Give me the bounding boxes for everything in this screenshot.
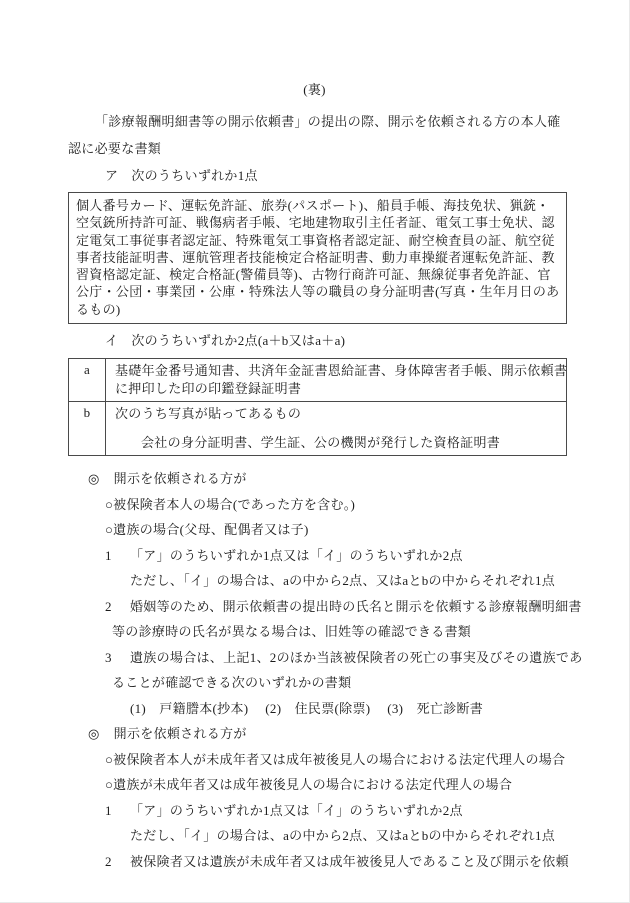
table-row-a: a 基礎年金番号通知書、共済年金証書恩給証書、身体障害者手帳、開示依頼書 に押印…	[69, 359, 567, 402]
requester-section-1: ◎開示を依頼される方が ○被保険者本人の場合(であった方を含む。) ○遺族の場合…	[0, 466, 629, 721]
document-page: (裏) 「診療報酬明細書等の開示依頼書」の提出の際、開示を依頼される方の本人確 …	[0, 0, 630, 903]
double-circle-marker: ◎	[88, 466, 100, 492]
requester-section-2: ◎開示を依頼される方が ○被保険者本人が未成年者又は成年被後見人の場合における法…	[0, 721, 629, 874]
item-number: 2	[105, 849, 130, 875]
accepted-documents-box: 個人番号カード、運転免許証、旅券(パスポート)、船員手帳、海技免状、猟銃・ 空気…	[68, 192, 567, 324]
item-note: ただし、「イ」の場合は、aの中から2点、又はaとbの中からそれぞれ1点	[130, 823, 629, 849]
section-a-heading: ア次のうちいずれか1点	[105, 168, 629, 184]
item-number: 2	[105, 594, 130, 620]
box-line: 事者技能証明書、運航管理者技能検定合格証明書、動力車操縦者運転免許証、教	[76, 249, 561, 266]
section-heading: ◎開示を依頼される方が	[88, 466, 629, 492]
section-heading: ◎開示を依頼される方が	[88, 721, 629, 747]
box-line: 定電気工事従事者認定証、特殊電気工事資格者認定証、耐空検査員の証、航空従	[76, 232, 561, 249]
numbered-item: 2被保険者又は遺族が未成年者又は成年被後見人であること及び開示を依頼	[105, 849, 629, 875]
section-i-marker: イ	[105, 333, 118, 349]
row-b-line: 次のうち写真が貼ってあるもの	[115, 405, 562, 423]
item-text: 被保険者又は遺族が未成年者又は成年被後見人であること及び開示を依頼	[130, 854, 569, 869]
circle-marker: ○	[105, 777, 113, 792]
box-line: 個人番号カード、運転免許証、旅券(パスポート)、船員手帳、海技免状、猟銃・	[76, 197, 561, 214]
item-continuation: ることが確認できる次のいずれかの書類	[112, 670, 629, 696]
intro-line: 認に必要な書類	[68, 135, 569, 162]
case-line: ○被保険者本人が未成年者又は成年被後見人の場合における法定代理人の場合	[105, 747, 629, 773]
numbered-item: 3遺族の場合は、上記1、2のほか当該被保険者の死亡の事実及びその遺族であ	[105, 645, 629, 671]
intro-line: 「診療報酬明細書等の開示依頼書」の提出の際、開示を依頼される方の本人確	[68, 108, 569, 135]
box-line: 空気銃所持許可証、戦傷病者手帳、宅地建物取引主任者証、電気工事士免状、認	[76, 214, 561, 231]
section-i-title: 次のうちいずれか2点(a＋b又はa＋a)	[131, 333, 345, 348]
circle-marker: ○	[105, 522, 113, 537]
row-a-key: a	[69, 359, 106, 402]
row-a-content: 基礎年金番号通知書、共済年金証書恩給証書、身体障害者手帳、開示依頼書 に押印した…	[106, 359, 567, 402]
section-a-title: 次のうちいずれか1点	[131, 168, 258, 183]
intro-paragraph: 「診療報酬明細書等の開示依頼書」の提出の際、開示を依頼される方の本人確 認に必要…	[68, 108, 569, 162]
section-a-marker: ア	[105, 168, 118, 184]
row-b-key: b	[69, 402, 106, 456]
section-i-heading: イ次のうちいずれか2点(a＋b又はa＋a)	[105, 333, 629, 349]
item-number: 1	[105, 543, 130, 569]
circle-marker: ○	[105, 752, 113, 767]
case-text: 被保険者本人の場合(であった方を含む。)	[113, 497, 355, 512]
numbered-item: 1「ア」のうちいずれか1点又は「イ」のうちいずれか2点	[105, 798, 629, 824]
item-text: 「ア」のうちいずれか1点又は「イ」のうちいずれか2点	[130, 548, 463, 563]
item-number: 3	[105, 645, 130, 671]
section-heading-text: 開示を依頼される方が	[114, 726, 247, 741]
item-number: 1	[105, 798, 130, 824]
case-line: ○遺族が未成年者又は成年被後見人の場合における法定代理人の場合	[105, 772, 629, 798]
item-text: 婚姻等のため、開示依頼書の提出時の氏名と開示を依頼する診療報酬明細書	[130, 599, 582, 614]
row-b-subline: 会社の身分証明書、学生証、公の機関が発行した資格証明書	[115, 434, 562, 452]
case-line: ○被保険者本人の場合(であった方を含む。)	[105, 492, 629, 518]
documents-table: a 基礎年金番号通知書、共済年金証書恩給証書、身体障害者手帳、開示依頼書 に押印…	[68, 358, 567, 456]
numbered-item: 1「ア」のうちいずれか1点又は「イ」のうちいずれか2点	[105, 543, 629, 569]
row-a-line: 基礎年金番号通知書、共済年金証書恩給証書、身体障害者手帳、開示依頼書	[115, 362, 562, 380]
page-side-label: (裏)	[0, 0, 629, 98]
item-text: 「ア」のうちいずれか1点又は「イ」のうちいずれか2点	[130, 803, 463, 818]
double-circle-marker: ◎	[88, 721, 100, 747]
case-text: 遺族の場合(父母、配偶者又は子)	[113, 522, 308, 537]
box-line: 公庁・公団・事業団・公庫・特殊法人等の職員の身分証明書(写真・生年月日のあ	[76, 283, 561, 300]
item-note: ただし、「イ」の場合は、aの中から2点、又はaとbの中からそれぞれ1点	[130, 568, 629, 594]
table-row-b: b 次のうち写真が貼ってあるもの 会社の身分証明書、学生証、公の機関が発行した資…	[69, 402, 567, 456]
box-line: るもの)	[76, 301, 561, 318]
case-text: 被保険者本人が未成年者又は成年被後見人の場合における法定代理人の場合	[113, 752, 565, 767]
row-b-content: 次のうち写真が貼ってあるもの 会社の身分証明書、学生証、公の機関が発行した資格証…	[106, 402, 567, 456]
item-note: (1) 戸籍謄本(抄本) (2) 住民票(除票) (3) 死亡診断書	[130, 696, 629, 722]
box-line: 習資格認定証、検定合格証(警備員等)、古物行商許可証、無線従事者免許証、官	[76, 266, 561, 283]
item-continuation: 等の診療時の氏名が異なる場合は、旧姓等の確認できる書類	[112, 619, 629, 645]
row-a-line: に押印した印の印鑑登録証明書	[115, 380, 562, 398]
item-text: 遺族の場合は、上記1、2のほか当該被保険者の死亡の事実及びその遺族であ	[130, 650, 583, 665]
case-text: 遺族が未成年者又は成年被後見人の場合における法定代理人の場合	[113, 777, 512, 792]
circle-marker: ○	[105, 497, 113, 512]
case-line: ○遺族の場合(父母、配偶者又は子)	[105, 517, 629, 543]
numbered-item: 2婚姻等のため、開示依頼書の提出時の氏名と開示を依頼する診療報酬明細書	[105, 594, 629, 620]
section-heading-text: 開示を依頼される方が	[114, 471, 247, 486]
